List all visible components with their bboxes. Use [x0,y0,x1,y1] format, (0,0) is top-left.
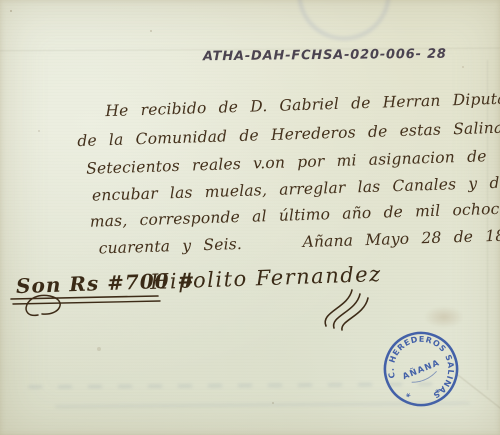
receipt-body-text: He recibido de D. Gabriel de Herran Dipu… [60,90,480,103]
body-line: de la Comunidad de Herederos de estas Sa… [77,118,500,150]
official-stamp: C. HEREDEROS SALINAS AÑANA * * [381,329,461,409]
body-line: Setecientos reales v.on por mi asignacio… [86,147,487,178]
ink-smudge [424,306,464,328]
archival-reference-code: ATHA-DAH-FCHSA-020-006- 28 [203,47,447,65]
body-line: mas, corresponde al último año de mil oc… [90,198,500,230]
body-line: cuarenta y Seis. Añana Mayo 28 de 1847. [98,226,500,258]
amount-underline-flourish [8,286,178,326]
body-line: encubar las muelas, arreglar las Canales… [92,173,500,204]
paper-crease [456,373,500,423]
scanned-receipt-document: ATHA-DAH-FCHSA-020-006- 28 He recibido d… [0,0,500,435]
stamp-center-text: AÑANA [401,357,441,381]
body-line: He recibido de D. Gabriel de Herran Dipu… [105,89,500,120]
stamp-showthrough-ghost [298,0,390,40]
paper-crease [487,60,488,390]
paper-specks [10,10,12,12]
signature-rubric-flourish [318,282,380,332]
